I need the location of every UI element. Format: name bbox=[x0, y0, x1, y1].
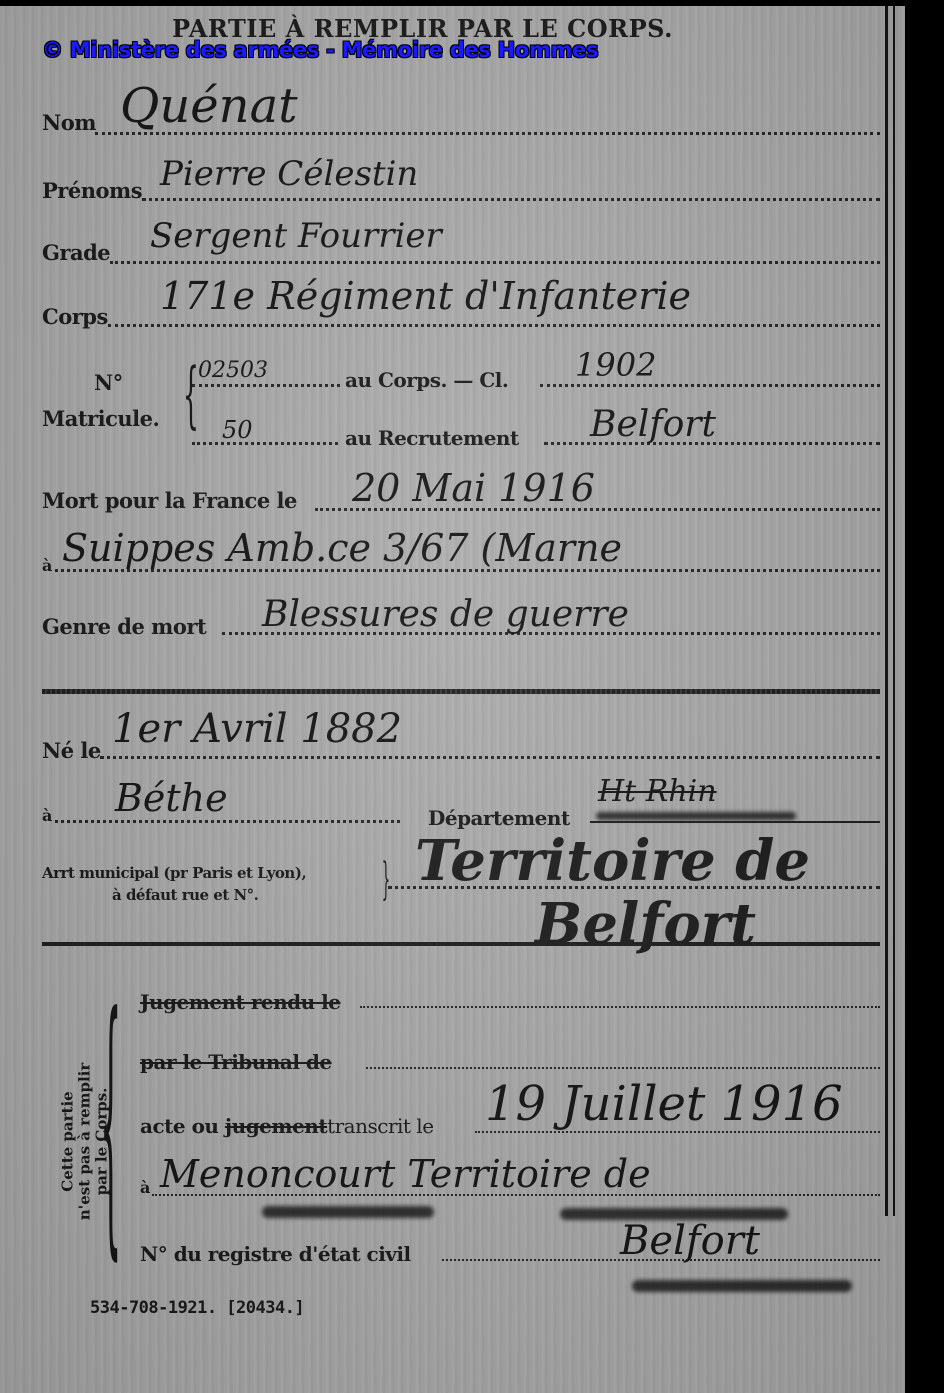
card-border-right bbox=[885, 6, 888, 1216]
corps-class-label: au Corps. — Cl. bbox=[345, 368, 508, 392]
grade-value: Sergent Fourrier bbox=[150, 216, 442, 256]
lieu-naissance-label: à bbox=[42, 806, 52, 825]
side-note-line-2: n'est pas à remplir bbox=[77, 1027, 94, 1257]
acte-label-part-1: acte ou bbox=[140, 1114, 218, 1138]
recrutement-label: au Recrutement bbox=[345, 426, 519, 450]
departement-value-1: Territoire de bbox=[415, 828, 810, 894]
grade-label: Grade bbox=[42, 240, 110, 265]
tribunal-line bbox=[366, 1067, 880, 1069]
arrondissement-label-1: Arrt municipal (pr Paris et Lyon), bbox=[42, 864, 306, 882]
matricule-label: Matricule. bbox=[42, 406, 159, 431]
separator-2 bbox=[42, 942, 880, 946]
genre-mort-label: Genre de mort bbox=[42, 614, 206, 639]
recrutement-number-line bbox=[192, 442, 338, 445]
departement-struck-value: Ht Rhin bbox=[598, 774, 717, 809]
acte-label-struck: jugement bbox=[225, 1114, 327, 1138]
nom-label: Nom bbox=[42, 110, 96, 135]
corps-label: Corps bbox=[42, 304, 108, 329]
classe-value: 1902 bbox=[575, 346, 656, 384]
acte-label-part-2: transcrit le bbox=[327, 1114, 433, 1138]
lieu-naissance-value: Béthe bbox=[115, 776, 228, 820]
mort-label: Mort pour la France le bbox=[42, 488, 297, 513]
arrondissement-brace: } bbox=[382, 858, 390, 902]
separator-1 bbox=[42, 689, 880, 694]
departement-label: Département bbox=[428, 806, 570, 830]
jugement-line bbox=[360, 1006, 880, 1008]
lieu-transcription-value: Menoncourt Territoire de bbox=[160, 1152, 651, 1196]
underline-smear-1 bbox=[262, 1206, 434, 1218]
matricule-brace: { bbox=[183, 358, 199, 430]
departement-strike-smear bbox=[596, 812, 796, 820]
ne-le-line bbox=[100, 756, 880, 759]
departement-value-2: Belfort bbox=[535, 891, 756, 957]
ne-le-label: Né le bbox=[42, 738, 101, 763]
print-code: 534-708-1921. [20434.] bbox=[90, 1298, 304, 1318]
acte-value: 19 Juillet 1916 bbox=[485, 1076, 843, 1132]
lieu-transcription-label: à bbox=[140, 1178, 150, 1197]
matricule-label-no: N° bbox=[94, 370, 123, 395]
genre-mort-value: Blessures de guerre bbox=[262, 594, 629, 635]
mort-value: 20 Mai 1916 bbox=[352, 466, 595, 510]
acte-label: acte ou jugementtranscrit le bbox=[140, 1114, 434, 1138]
card-border-right-outer bbox=[893, 6, 895, 1216]
underline-smear-3 bbox=[632, 1280, 852, 1292]
corps-value: 171e Régiment d'Infanterie bbox=[160, 274, 691, 318]
prenoms-value: Pierre Célestin bbox=[160, 154, 418, 194]
departement-line bbox=[590, 821, 880, 823]
copyright-watermark: © Ministère des armées - Mémoire des Hom… bbox=[42, 38, 598, 62]
corps-number-value: 02503 bbox=[198, 358, 268, 383]
corps-number-line bbox=[192, 384, 340, 387]
classe-line bbox=[540, 384, 880, 387]
registre-label: N° du registre d'état civil bbox=[140, 1242, 411, 1266]
lieu-mort-label: à bbox=[42, 556, 52, 575]
jugement-label: Jugement rendu le bbox=[140, 990, 340, 1014]
recrutement-value: Belfort bbox=[590, 404, 716, 445]
recrutement-number-value: 50 bbox=[222, 416, 253, 444]
side-note-line-1: Cette partie bbox=[60, 1027, 77, 1257]
grade-line bbox=[110, 261, 880, 264]
tribunal-label: par le Tribunal de bbox=[140, 1050, 332, 1074]
arrondissement-label-2: à défaut rue et N°. bbox=[112, 886, 258, 904]
ne-le-value: 1er Avril 1882 bbox=[112, 706, 402, 752]
lieu-naissance-line bbox=[55, 820, 400, 823]
corps-line bbox=[108, 324, 880, 327]
prenoms-label: Prénoms bbox=[42, 178, 142, 203]
nom-value: Quénat bbox=[120, 78, 298, 134]
registre-value: Belfort bbox=[620, 1218, 760, 1264]
record-card: PARTIE À REMPLIR PAR LE CORPS. Nom Quéna… bbox=[0, 6, 905, 1393]
lieu-mort-value: Suippes Amb.ce 3/67 (Marne bbox=[62, 526, 622, 570]
prenoms-line bbox=[142, 198, 880, 201]
lower-section-brace: { bbox=[100, 981, 121, 1261]
